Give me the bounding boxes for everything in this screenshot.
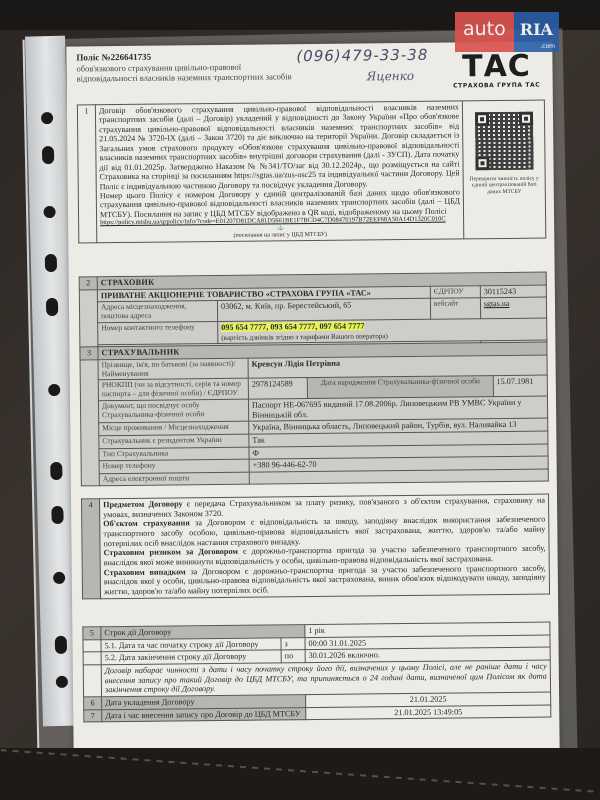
- contact-phone-value: 095 654 7777, 093 654 7777, 097 654 7777: [221, 321, 364, 331]
- holder-email-label: Адреса електронної пошти: [99, 472, 249, 485]
- tas-logo: ТАС СТРАХОВА ГРУПА ТАС: [446, 52, 546, 90]
- punch-hole: [42, 146, 54, 164]
- website-link[interactable]: sgtas.ua: [480, 297, 546, 318]
- section-1-contract: 1 Договір обов'язкового страхування циві…: [77, 100, 546, 244]
- qr-cell: Перевірити чинність полісу у єдиній цент…: [462, 100, 545, 239]
- section-1-body: Договір обов'язкового страхування цивіль…: [95, 101, 463, 243]
- edrpou-value: 30115243: [480, 285, 546, 298]
- insurance-policy-document: Поліс №226641735 обов'язкового страхуван…: [66, 41, 559, 762]
- section-number: 7: [84, 709, 102, 722]
- id-document-label: Документ, що посвідчує особу Страхувальн…: [98, 399, 248, 423]
- holder-email-value: [249, 469, 548, 484]
- website-label: вебсайт: [430, 298, 480, 319]
- punch-hole: [45, 254, 57, 272]
- watermark-auto: auto: [455, 12, 514, 52]
- subject-heading: Предметом Договору: [103, 499, 183, 509]
- birth-date-label: Дата народження Страхувальника-фізичної …: [308, 376, 494, 399]
- section-3-policyholder: 3 СТРАХУВАЛЬНИК Прізвище, ім'я, по батьк…: [79, 342, 548, 487]
- qr-caption: Перевірити чинність полісу у єдиній цент…: [467, 176, 542, 196]
- section-number: 3: [80, 347, 98, 360]
- edrpou-label: ЄДРПОУ: [430, 285, 480, 298]
- watermark-ria-text: RIA: [520, 20, 553, 39]
- section-number: 4: [82, 499, 101, 599]
- policy-number-text: Номер цього Полісу є номером Договору у …: [100, 187, 460, 219]
- section-5-term: 5 Строк дії Договору 1 рік 5.1. Дата та …: [82, 622, 551, 723]
- end-prefix: по: [281, 650, 305, 663]
- tas-logo-subtitle: СТРАХОВА ГРУПА ТАС: [447, 82, 547, 90]
- risk-heading: Страховим ризиком за Договором: [104, 547, 238, 557]
- object-heading: Об'єктом страхування: [103, 519, 190, 529]
- tas-logo-mark: ТАС: [446, 52, 546, 83]
- punch-hole: [53, 572, 65, 584]
- id-document-value: Паспорт НЕ-067695 виданий 17.08.2006р. Л…: [248, 396, 547, 421]
- contact-phone-note: (вартість дзвінків згідно з тарифами Ваш…: [221, 332, 388, 342]
- punch-hole: [41, 112, 53, 124]
- registry-date-label: Дата і час внесення запису про Договір д…: [102, 707, 306, 722]
- birth-date-value: 15.07.1981: [493, 375, 548, 396]
- watermark-ria: RIA .com: [514, 12, 559, 52]
- section-number: 5: [83, 627, 101, 640]
- contract-text: Договір обов'язкового страхування цивіль…: [99, 102, 460, 191]
- policy-subtitle-2: відповідальності власників наземних тран…: [77, 70, 347, 83]
- address-value: 03062, м. Київ, пр. Берестейський, 65: [217, 299, 430, 322]
- autoria-watermark: auto RIA .com: [455, 12, 559, 52]
- handwritten-phone: (096)479-33-38: [296, 47, 428, 66]
- rnokpp-value: 2978124589: [248, 378, 308, 399]
- address-label: Адреса місцезнаходження, поштова адреса: [97, 301, 217, 323]
- punch-hole: [48, 384, 60, 396]
- section-4-subject: 4 Предметом Договору є передача Страхува…: [81, 494, 550, 600]
- start-prefix: з: [281, 637, 305, 650]
- registry-date-value: 21.01.2025 13:49:05: [306, 705, 551, 720]
- term-note: Договір набирає чинності з дати і часу п…: [101, 660, 550, 697]
- punch-hole: [51, 506, 63, 524]
- rnokpp-label: РНОКПП (чи за відсутності, серія та номе…: [98, 379, 248, 401]
- qr-code-icon[interactable]: [474, 112, 533, 171]
- punch-hole: [56, 676, 68, 688]
- punch-hole: [43, 206, 55, 218]
- section-number: 2: [79, 277, 97, 290]
- holder-name-label: Прізвище, ім'я, по батькові (за наявност…: [98, 358, 248, 380]
- section-number: 1: [77, 105, 96, 243]
- watermark-com: .com: [540, 43, 555, 50]
- punch-hole: [50, 462, 62, 480]
- punch-hole: [46, 298, 58, 316]
- contact-phone-label: Номер контактного телефону: [98, 322, 218, 346]
- section-4-body: Предметом Договору є передача Страхуваль…: [100, 494, 550, 598]
- section-number: 6: [84, 697, 102, 710]
- event-heading: Страховим випадком: [104, 567, 186, 577]
- punch-hole: [55, 636, 67, 654]
- handwritten-signature: Яценко: [367, 69, 415, 84]
